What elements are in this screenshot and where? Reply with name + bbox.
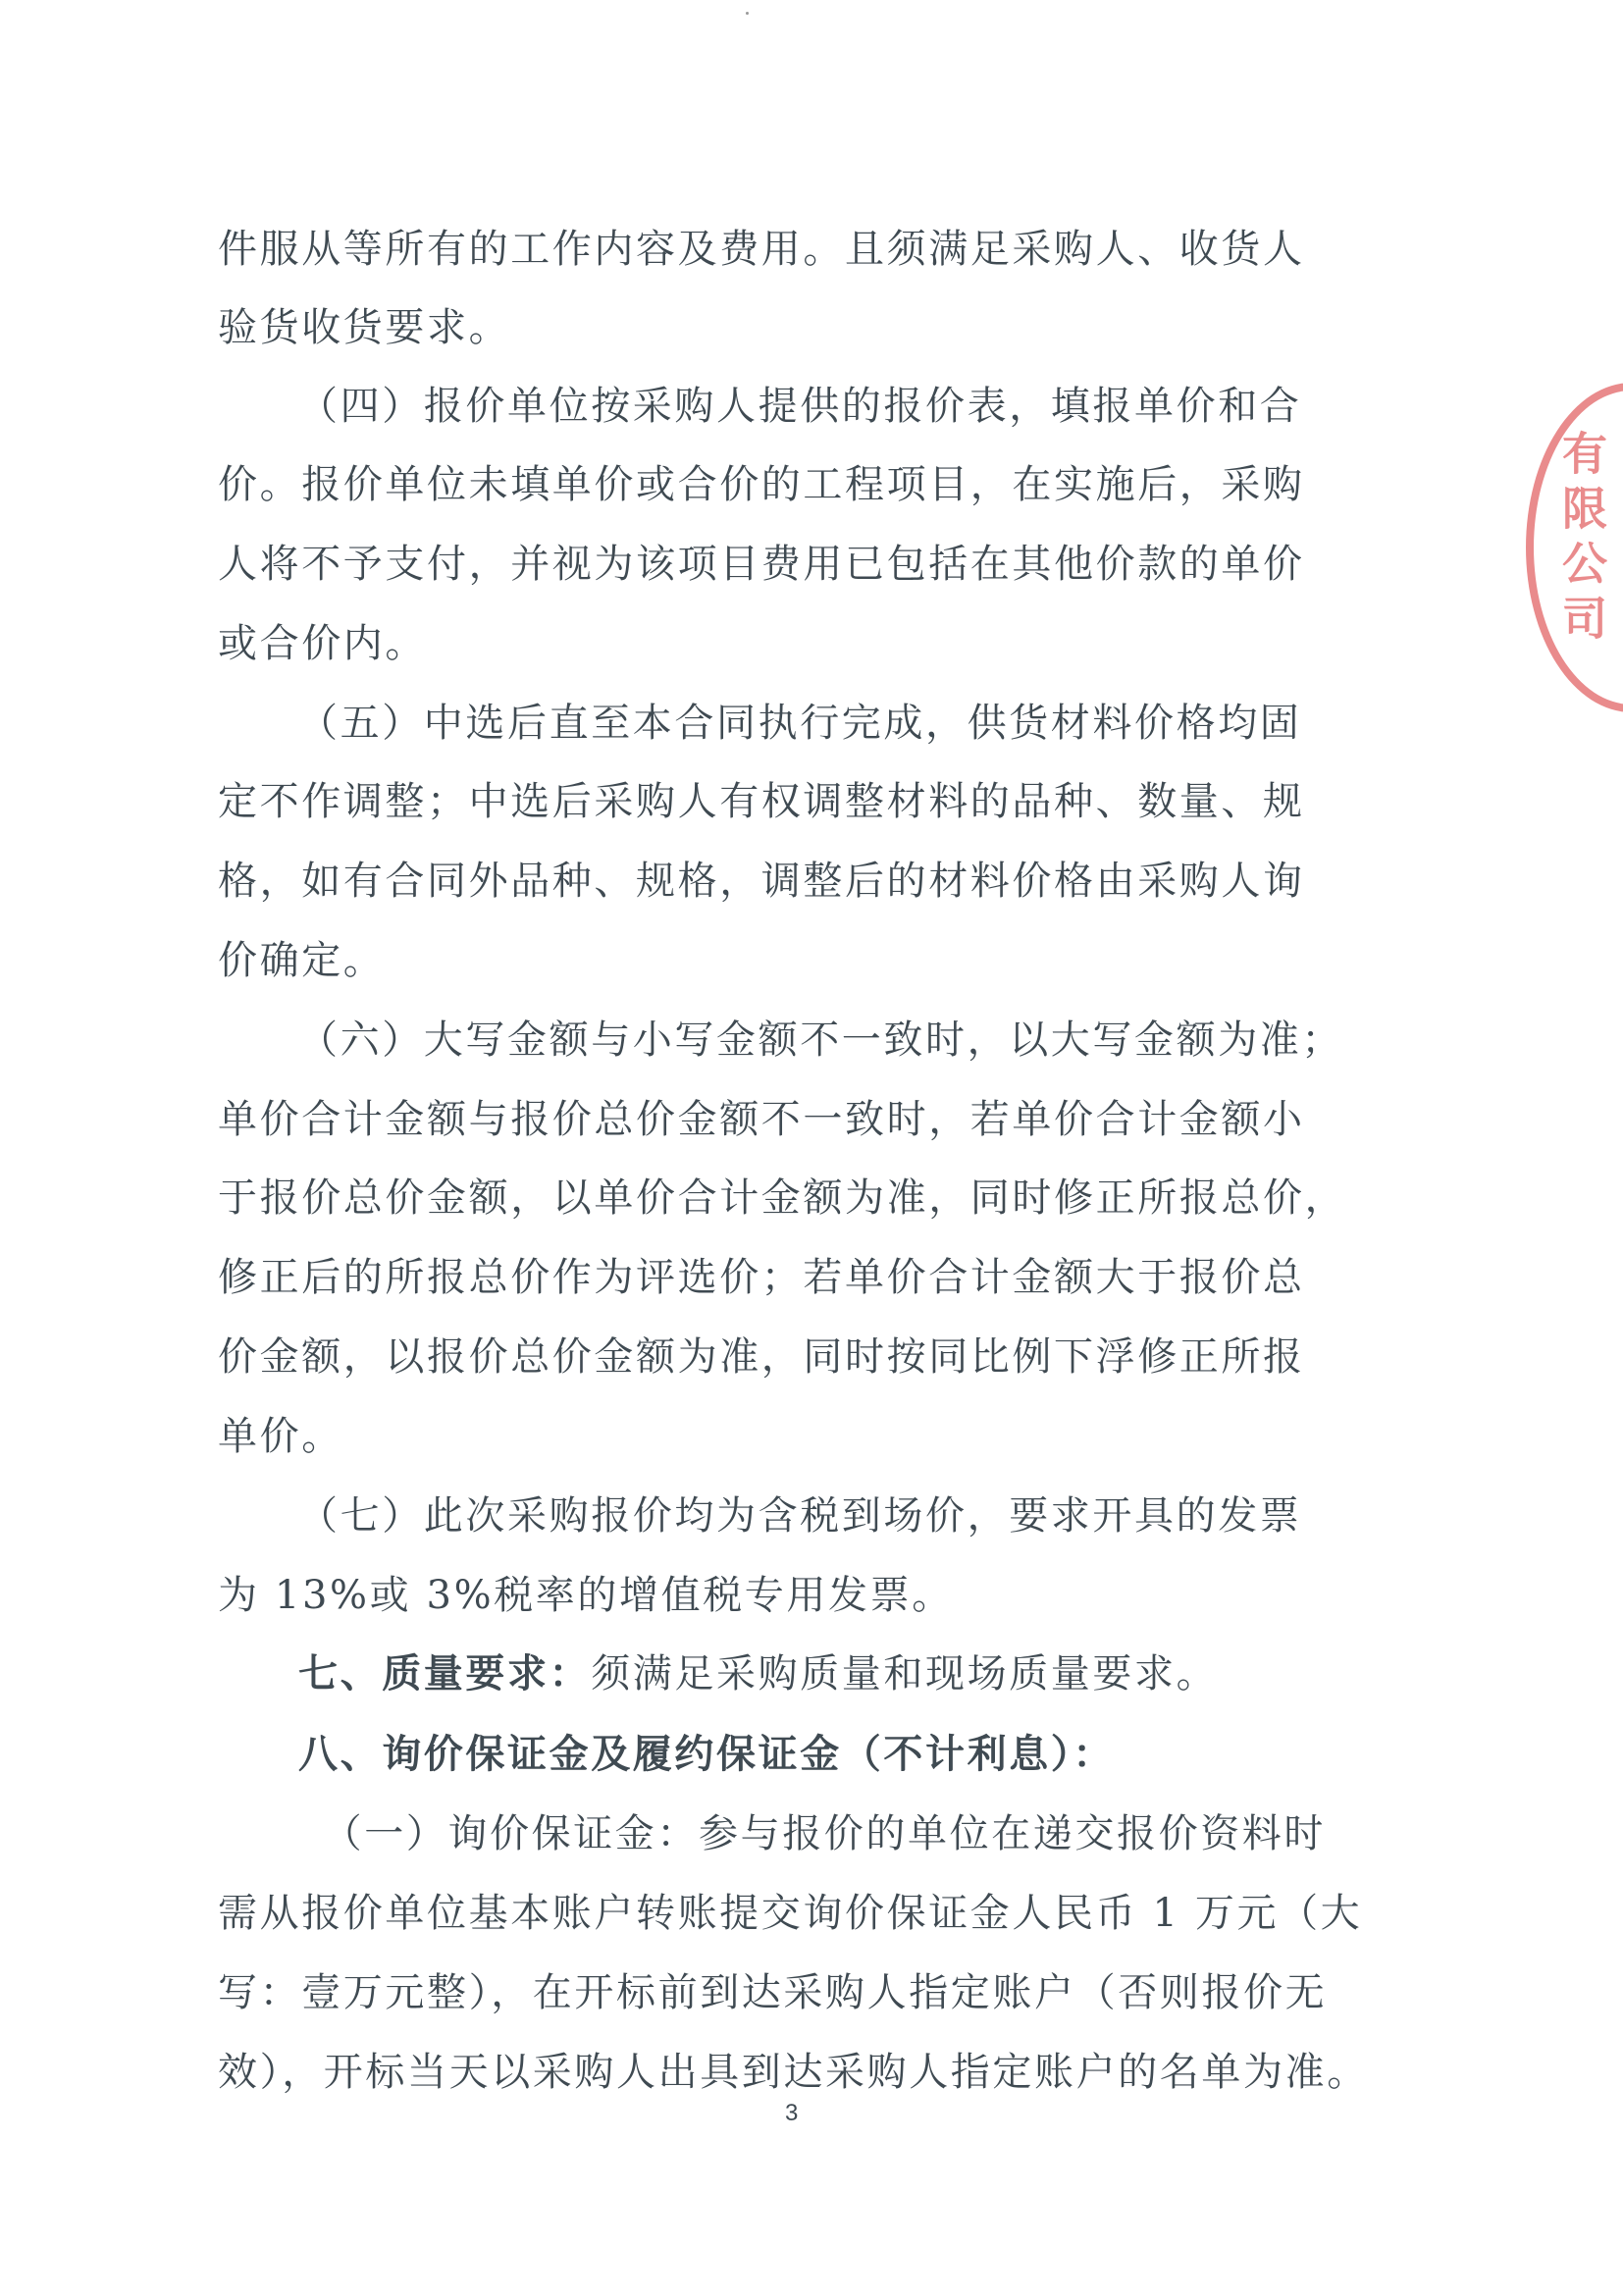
paragraph-line: 写：壹万元整），在开标前到达采购人指定账户（否则报价无 [218, 1967, 1376, 2018]
paragraph-line: 于报价总价金额，以单价合计金额为准，同时修正所报总价， [218, 1173, 1376, 1224]
heading-label: 七、质量要求： [298, 1650, 591, 1696]
paragraph-line: 为 13%或 3%税率的增值税专用发票。 [218, 1570, 1376, 1621]
document-page: 件服从等所有的工作内容及费用。且须满足采购人、收货人验货收货要求。（四）报价单位… [0, 0, 1623, 2296]
paragraph-line: 格，如有合同外品种、规格，调整后的材料价格由采购人询 [218, 856, 1376, 907]
paragraph-line: 价确定。 [218, 935, 1376, 986]
paragraph-line: 价。报价单位未填单价或合价的工程项目，在实施后，采购 [218, 459, 1376, 510]
scan-speck [746, 12, 749, 15]
heading-content: 须满足采购质量和现场质量要求。 [591, 1651, 1218, 1696]
paragraph-line: 需从报价单位基本账户转账提交询价保证金人民币 1 万元（大 [218, 1888, 1376, 1939]
paragraph-line: 单价合计金额与报价总价金额不一致时，若单价合计金额小 [218, 1094, 1376, 1145]
paragraph-line: 件服从等所有的工作内容及费用。且须满足采购人、收货人 [218, 224, 1376, 275]
section-heading-line: 八、询价保证金及履约保证金（不计利息）： [298, 1729, 1456, 1780]
stamp-text: 有限公司 [1547, 430, 1616, 650]
page-number: 3 [785, 2100, 798, 2127]
paragraph-line: 验货收货要求。 [218, 302, 1376, 353]
paragraph-line: （六）大写金额与小写金额不一致时，以大写金额为准； [298, 1015, 1456, 1066]
paragraph-line: 人将不予支付，并视为该项目费用已包括在其他价款的单价 [218, 539, 1376, 590]
paragraph-line: 效），开标当天以采购人出具到达采购人指定账户的名单为准。 [218, 2047, 1376, 2098]
paragraph-line: （四）报价单位按采购人提供的报价表，填报单价和合 [298, 381, 1456, 432]
paragraph-line: （一）询价保证金：参与报价的单位在递交报价资料时 [323, 1808, 1481, 1859]
paragraph-line: 价金额，以报价总价金额为准，同时按同比例下浮修正所报 [218, 1331, 1376, 1383]
paragraph-line: 修正后的所报总价作为评选价；若单价合计金额大于报价总 [218, 1252, 1376, 1303]
paragraph-line: 或合价内。 [218, 618, 1376, 669]
paragraph-line: （七）此次采购报价均为含税到场价，要求开具的发票 [298, 1490, 1456, 1541]
company-seal-stamp: 有限公司 [1526, 383, 1623, 712]
paragraph-line: 定不作调整；中选后采购人有权调整材料的品种、数量、规 [218, 776, 1376, 827]
paragraph-line: 单价。 [218, 1411, 1376, 1462]
paragraph-line: （五）中选后直至本合同执行完成，供货材料价格均固 [298, 698, 1456, 749]
section-heading-line: 七、质量要求：须满足采购质量和现场质量要求。 [298, 1648, 1456, 1699]
